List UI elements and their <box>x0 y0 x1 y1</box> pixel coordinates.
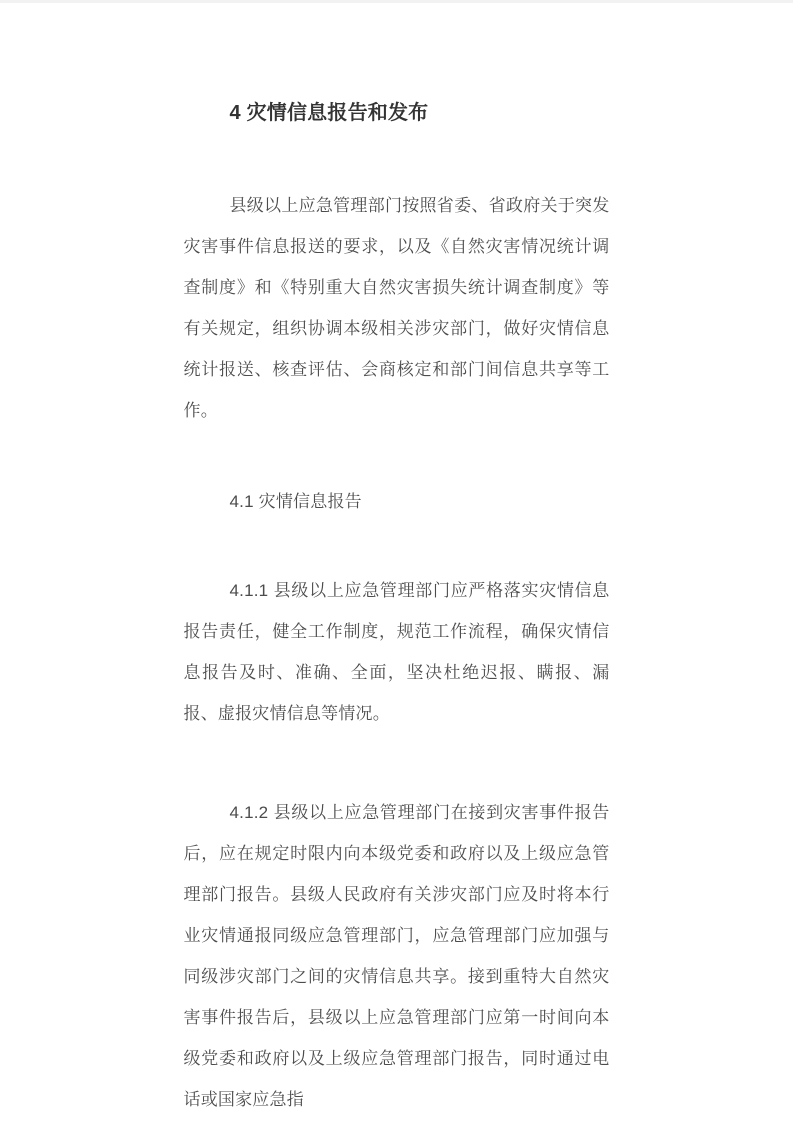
paragraph-clause-4-1-1: 4.1.1 县级以上应急管理部门应严格落实灾情信息报告责任，健全工作制度，规范工… <box>184 570 610 734</box>
paragraph-intro: 县级以上应急管理部门按照省委、省政府关于突发灾害事件信息报送的要求，以及《自然灾… <box>184 185 610 431</box>
document-body: 4 灾情信息报告和发布 县级以上应急管理部门按照省委、省政府关于突发灾害事件信息… <box>184 99 610 1120</box>
chapter-heading: 4 灾情信息报告和发布 <box>184 99 610 127</box>
page-top-edge-divider <box>0 0 793 3</box>
paragraph-clause-4-1-2: 4.1.2 县级以上应急管理部门在接到灾害事件报告后，应在规定时限内向本级党委和… <box>184 792 610 1120</box>
document-page: 4 灾情信息报告和发布 县级以上应急管理部门按照省委、省政府关于突发灾害事件信息… <box>0 0 793 1122</box>
section-heading-4-1: 4.1 灾情信息报告 <box>184 481 610 522</box>
